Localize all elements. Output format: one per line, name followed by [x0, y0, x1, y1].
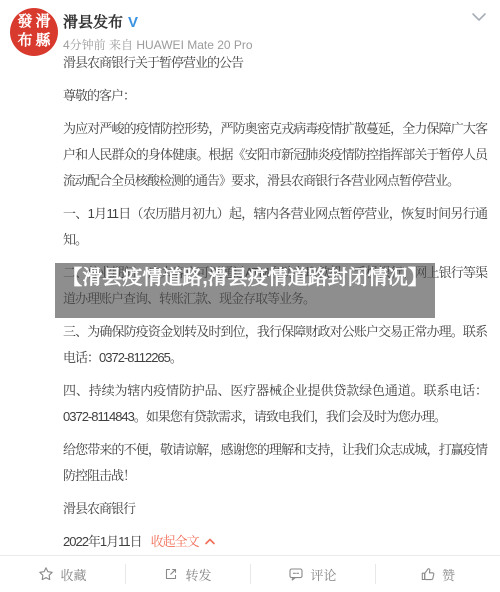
collapse-fulltext-link[interactable]: 收起全文: [151, 534, 199, 549]
action-label: 收藏: [60, 565, 86, 584]
star-icon: [38, 566, 54, 582]
post-paragraph: 滑县农商银行: [63, 496, 487, 522]
avatar-char: 縣: [35, 33, 50, 50]
chevron-down-icon[interactable]: [471, 10, 487, 24]
avatar-char: 發: [17, 14, 32, 31]
post-paragraph: 给您带来的不便，敬请谅解，感谢您的理解和支持，让我们众志成城，打赢疫情防控阻击战…: [63, 437, 487, 489]
post-paragraph: 三、为确保防疫资金划转及时到位，我行保障财政对公账户交易正常办理。联系电话：03…: [63, 319, 487, 371]
comment-button[interactable]: 评论: [250, 556, 375, 592]
verified-badge-icon: V: [128, 14, 138, 31]
username[interactable]: 滑县发布V: [63, 11, 138, 32]
post-paragraph: 尊敬的客户：: [63, 83, 487, 109]
avatar[interactable]: 發 滑 布 縣: [10, 8, 58, 56]
action-label: 转发: [185, 565, 211, 584]
action-label: 赞: [442, 565, 455, 584]
forward-icon: [163, 566, 179, 582]
overlay-title: 【滑县疫情道路,滑县疫情道路封闭情况】: [62, 267, 428, 289]
avatar-char: 布: [17, 33, 32, 50]
action-label: 评论: [310, 565, 336, 584]
post-paragraph: 为应对严峻的疫情防控形势，严防奥密克戎病毒疫情扩散蔓延，全力保障广大客户和人民群…: [63, 116, 487, 194]
avatar-char: 滑: [35, 14, 50, 31]
like-button[interactable]: 赞: [375, 556, 500, 592]
post-date-row: 2022年1月11日收起全文: [63, 529, 487, 555]
action-bar: 收藏 转发 评论 赞: [0, 555, 500, 592]
forward-button[interactable]: 转发: [125, 556, 250, 592]
favorite-button[interactable]: 收藏: [0, 556, 125, 592]
chevron-up-icon[interactable]: [204, 536, 216, 547]
weibo-post-card: 發 滑 布 縣 滑县发布V 4分钟前 来自 HUAWEI Mate 20 Pro…: [0, 0, 500, 592]
thumbs-up-icon: [420, 566, 436, 582]
comment-icon: [288, 566, 304, 582]
overlay-title-banner: 【滑县疫情道路,滑县疫情道路封闭情况】: [55, 263, 435, 318]
username-text: 滑县发布: [63, 14, 123, 31]
post-paragraph: 滑县农商银行关于暂停营业的公告: [63, 50, 487, 76]
post-paragraph: 四、持续为辖内疫情防护品、医疗器械企业提供贷款绿色通道。联系电话：0372-81…: [63, 378, 487, 430]
post-paragraph: 一、1月11日（农历腊月初九）起，辖内各营业网点暂停营业，恢复时间另行通知。: [63, 201, 487, 253]
post-date: 2022年1月11日: [63, 534, 142, 549]
